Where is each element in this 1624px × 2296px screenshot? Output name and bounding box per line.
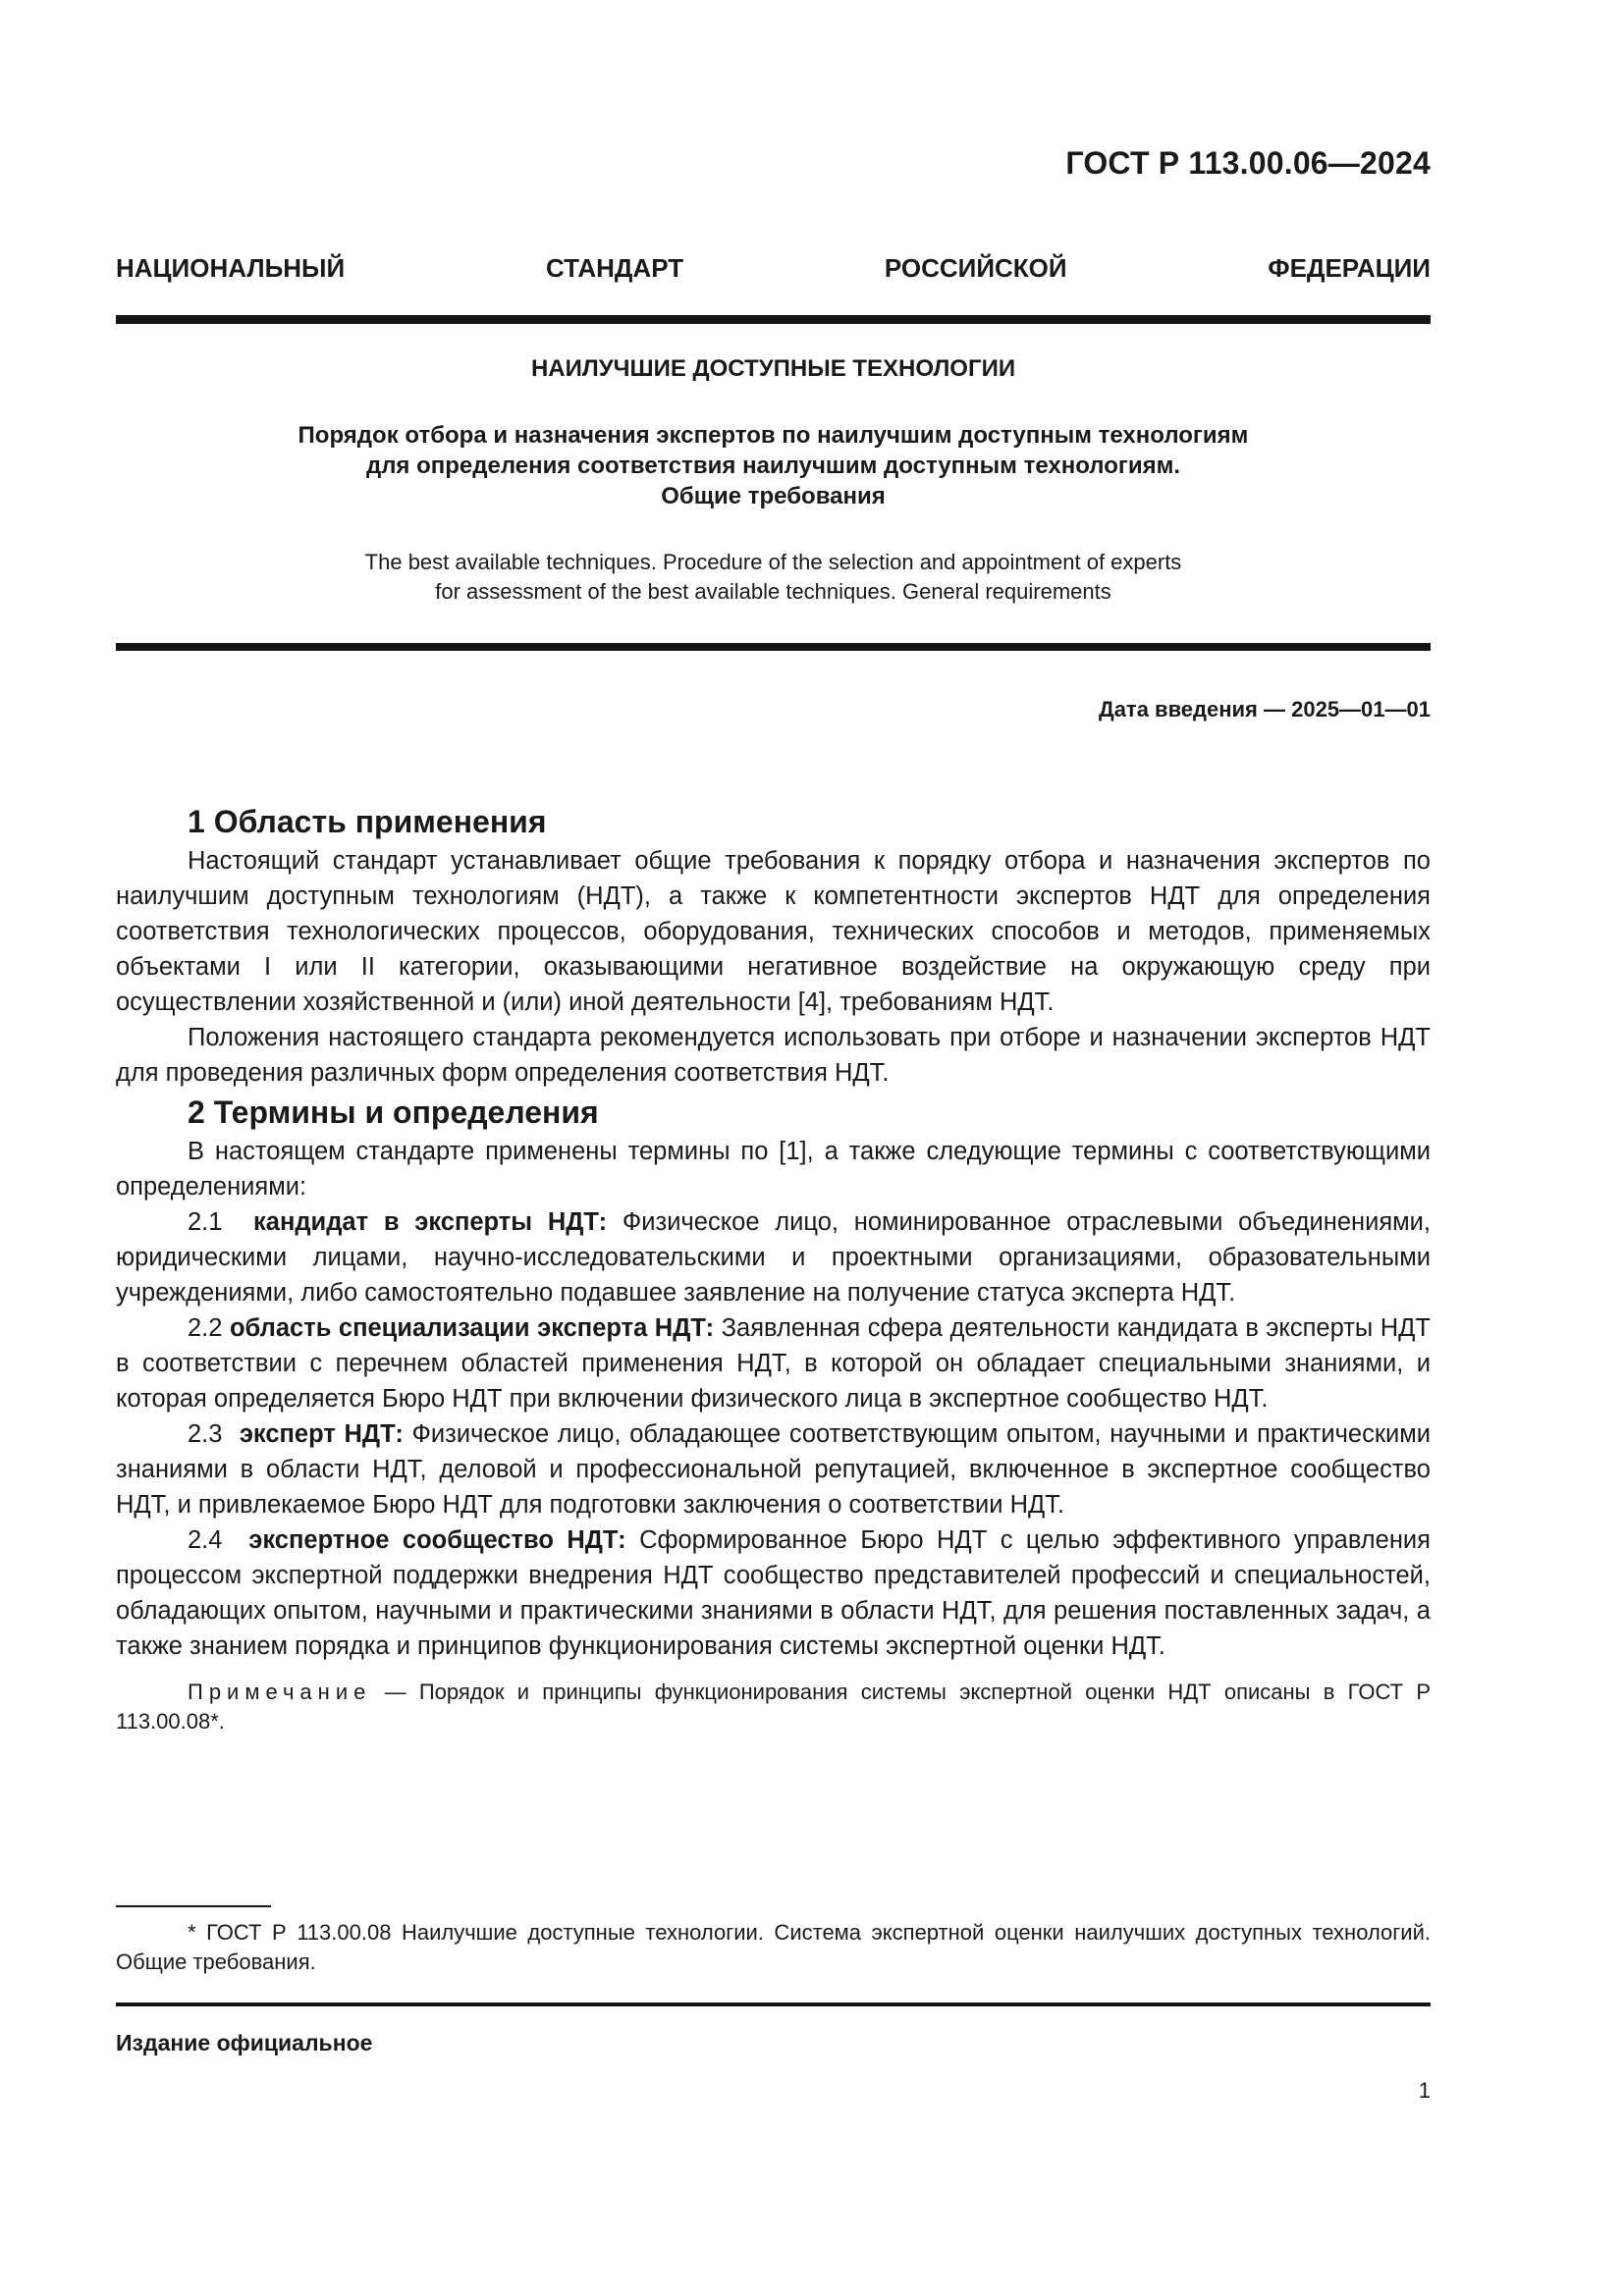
introduction-date: Дата введения — 2025—01—01 [1099,697,1431,722]
standard-main-title: НАИЛУЧШИЕ ДОСТУПНЫЕ ТЕХНОЛОГИИ [116,355,1431,383]
term-number: 2.1 [188,1208,222,1236]
term-definition-2-4: 2.4 экспертное сообщество НДТ: Сформиров… [116,1522,1431,1664]
term-definition-2-2: 2.2 область специализации эксперта НДТ: … [116,1310,1431,1416]
footnote-separator [116,1905,271,1907]
term-definition-2-1: 2.1 кандидат в эксперты НДТ: Физическое … [116,1204,1431,1310]
bottom-rule-divider [116,2002,1431,2006]
subtitle-line: Общие требования [116,481,1431,511]
term-name: экспертное сообщество НДТ: [248,1526,625,1554]
subtitle-line: Порядок отбора и назначения экспертов по… [116,420,1431,451]
title-rule-divider [116,643,1431,651]
page-number: 1 [1419,2078,1431,2104]
english-title-line: The best available techniques. Procedure… [116,548,1431,577]
national-standard-banner: НАЦИОНАЛЬНЫЙ СТАНДАРТ РОССИЙСКОЙ ФЕДЕРАЦ… [116,253,1431,284]
section-heading-terms: 2 Термины и определения [188,1091,1431,1134]
term-number: 2.4 [188,1526,222,1554]
note-label: Примечание [188,1680,371,1704]
term-name: кандидат в эксперты НДТ: [253,1208,607,1236]
footnote: * ГОСТ Р 113.00.08 Наилучшие доступные т… [116,1918,1431,1977]
term-definition-2-3: 2.3 эксперт НДТ: Физическое лицо, облада… [116,1416,1431,1522]
paragraph: Положения настоящего стандарта рекоменду… [116,1020,1431,1091]
term-name: эксперт НДТ: [240,1420,404,1448]
subtitle-line: для определения соответствия наилучшим д… [116,451,1431,481]
term-number: 2.3 [188,1420,222,1448]
standard-subtitle: Порядок отбора и назначения экспертов по… [116,420,1431,511]
document-number: ГОСТ Р 113.00.06—2024 [1065,145,1431,182]
section-heading-scope: 1 Область применения [188,800,1431,843]
term-name: область специализации эксперта НДТ: [230,1314,714,1342]
note: Примечание — Порядок и принципы функцион… [116,1678,1431,1736]
top-rule-divider [116,315,1431,324]
paragraph: Настоящий стандарт устанавливает общие т… [116,843,1431,1020]
official-edition-label: Издание официальное [116,2030,372,2056]
term-number: 2.2 [188,1314,222,1342]
paragraph: В настоящем стандарте применены термины … [116,1134,1431,1204]
english-title-line: for assessment of the best available tec… [116,577,1431,607]
english-title: The best available techniques. Procedure… [116,548,1431,607]
document-body: 1 Область применения Настоящий стандарт … [116,800,1431,1736]
